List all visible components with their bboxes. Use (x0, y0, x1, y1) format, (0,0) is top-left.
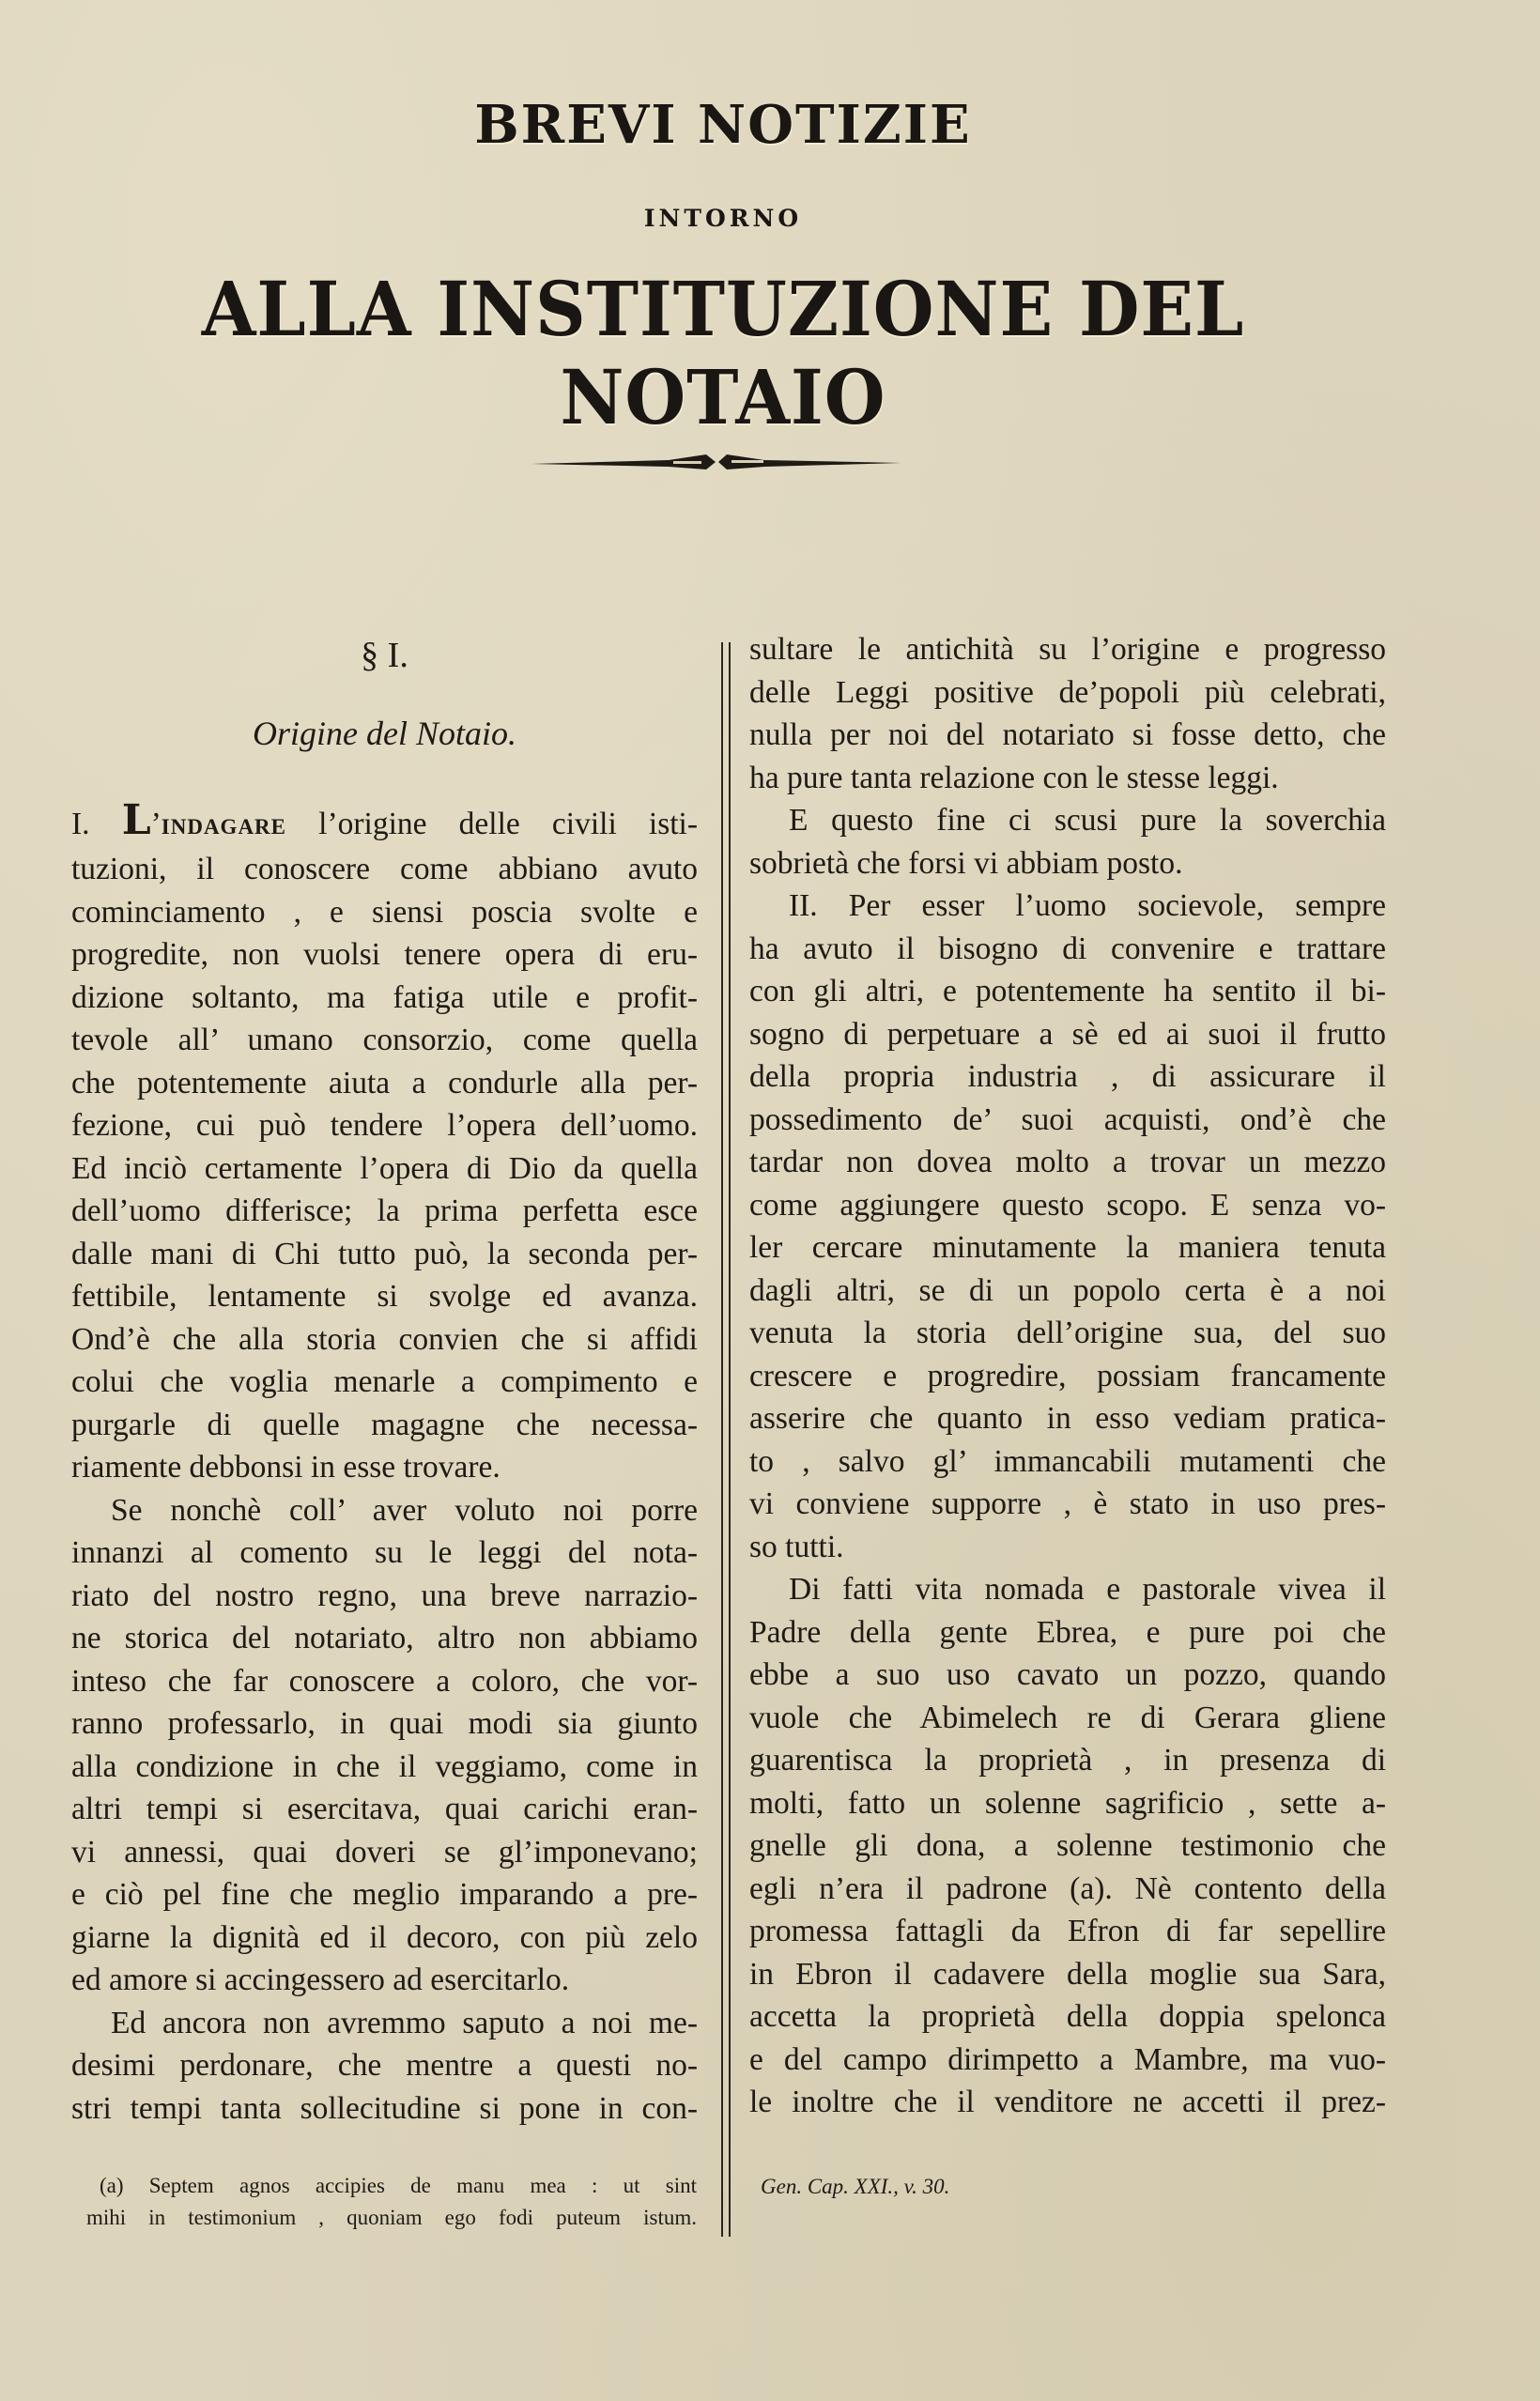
text-line: dell’uomo differisce; la prima perfetta … (71, 1190, 698, 1233)
left-column: I. L’indagare l’origine delle civili ist… (71, 799, 698, 2130)
text-line: riamente debbonsi in esse trovare. (71, 1446, 698, 1489)
text-line: purgarle di quelle magagne che necessa- (71, 1404, 698, 1447)
footnote-left: (a) Septem agnos accipies de manu mea : … (86, 2170, 697, 2234)
text-line: dagli altri, se di un popolo certa è a n… (749, 1270, 1386, 1313)
text-line: innanzi al comento su le leggi del nota- (71, 1531, 698, 1575)
text-line: so tutti. (749, 1526, 1386, 1569)
text-line: vuole che Abimelech re di Gerara gliene (749, 1697, 1386, 1740)
text-line: ha avuto il bisogno di convenire e tratt… (749, 928, 1386, 971)
text-line: sultare le antichità su l’origine e prog… (749, 628, 1386, 671)
page-title: ALLA INSTITUZIONE DEL NOTAIO (51, 265, 1395, 441)
text-line: vi annessi, quai doveri se gl’imponevano… (71, 1831, 698, 1874)
text-line: gnelle gli dona, a solenne testimonio ch… (749, 1824, 1386, 1868)
apostrophe: ’ (151, 807, 162, 841)
text-line: nulla per noi del notariato si fosse det… (749, 714, 1386, 757)
footnote-line: (a) Septem agnos accipies de manu mea : … (86, 2170, 697, 2202)
text-line: fettibile, lentamente si svolge ed avanz… (71, 1275, 698, 1318)
ornament-rule-icon (528, 449, 905, 475)
text-line: E questo fine ci scusi pure la soverchia (749, 799, 1386, 842)
text-line: e del campo dirimpetto a Mambre, ma vuo- (749, 2039, 1386, 2082)
section-title: Origine del Notaio. (71, 714, 698, 753)
footnote-citation: Gen. Cap. XXI., v. 30. (761, 2175, 949, 2198)
title-top: BREVI NOTIZIE (0, 94, 1446, 156)
text-line: alla condizione in che il veggiamo, come… (71, 1746, 698, 1789)
text-line: cominciamento , e siensi poscia svolte e (71, 891, 698, 934)
column-divider-rule (721, 642, 731, 2237)
text-line: promessa fattagli da Efron di far sepell… (749, 1910, 1386, 1953)
text-line: venuta la storia dell’origine sua, del s… (749, 1312, 1386, 1355)
footnote-line: mihi in testimonium , quoniam ego fodi p… (86, 2202, 697, 2234)
title-connector: INTORNO (0, 205, 1446, 232)
text-line: ranno professarlo, in quai modi sia giun… (71, 1702, 698, 1746)
text-line: molti, fatto un solenne sagrificio , set… (749, 1782, 1386, 1825)
text-line: altri tempi si esercitava, quai carichi … (71, 1788, 698, 1831)
text-line: giarne la dignità ed il decoro, con più … (71, 1916, 698, 1960)
text-line: Ond’è che alla storia convien che si aff… (71, 1318, 698, 1362)
text-line: progredite, non vuolsi tenere opera di e… (71, 933, 698, 977)
text-line: guarentisca la proprietà , in presenza d… (749, 1739, 1386, 1782)
text-line: Ed inciò certamente l’opera di Dio da qu… (71, 1147, 698, 1191)
right-column: sultare le antichità su l’origine e prog… (749, 628, 1386, 2124)
text-line: colui che voglia menarle a compimento e (71, 1361, 698, 1404)
text-line: possedimento de’ suoi acquisti, ond’è ch… (749, 1099, 1386, 1142)
text-line: ebbe a suo uso cavato un pozzo, quando (749, 1654, 1386, 1697)
text-line: sobrietà che forsi vi abbiam posto. (749, 842, 1386, 885)
text-line: e ciò pel fine che meglio imparando a pr… (71, 1873, 698, 1916)
text-line: desimi perdonare, che mentre a questi no… (71, 2044, 698, 2087)
text-line: che potentemente aiuta a condurle alla p… (71, 1062, 698, 1105)
text-line: ne storica del notariato, altro non abbi… (71, 1617, 698, 1660)
text-line: Padre della gente Ebrea, e pure poi che (749, 1611, 1386, 1655)
text-line: Se nonchè coll’ aver voluto noi porre (71, 1489, 698, 1532)
text-line: crescere e progredire, possiam francamen… (749, 1355, 1386, 1398)
text-line: Di fatti vita nomada e pastorale vivea i… (749, 1568, 1386, 1611)
section-number: § I. (71, 635, 698, 676)
book-page: BREVI NOTIZIE INTORNO ALLA INSTITUZIONE … (0, 0, 1540, 2401)
text-line: le inoltre che il venditore ne accetti i… (749, 2081, 1386, 2124)
text-line: ha pure tanta relazione con le stesse le… (749, 757, 1386, 800)
text-line: asserire che quanto in esso vediam prati… (749, 1397, 1386, 1440)
text-line: sogno di perpetuare a sè ed ai suoi il f… (749, 1013, 1386, 1056)
text-line: tardar non dovea molto a trovar un mezzo (749, 1141, 1386, 1184)
text-line: II. Per esser l’uomo socievole, sempre (749, 885, 1386, 928)
text-line: inteso che far conoscere a coloro, che v… (71, 1660, 698, 1703)
text-line: dalle mani di Chi tutto può, la seconda … (71, 1233, 698, 1276)
text-line: to , salvo gl’ immancabili mutamenti che (749, 1440, 1386, 1484)
text-line: riato del nostro regno, una breve narraz… (71, 1575, 698, 1618)
footnote-right: Gen. Cap. XXI., v. 30. (761, 2171, 1230, 2203)
text-line: accetta la proprietà della doppia spelon… (749, 1995, 1386, 2039)
text-line: egli n’era il padrone (a). Nè contento d… (749, 1868, 1386, 1911)
text-line: fezione, cui può tendere l’opera dell’uo… (71, 1104, 698, 1147)
text-line: delle Leggi positive de’popoli più celeb… (749, 671, 1386, 715)
text-line: stri tempi tanta sollecitudine si pone i… (71, 2087, 698, 2131)
text-line: della propria industria , di assicurare … (749, 1055, 1386, 1099)
first-line: I. L’indagare l’origine delle civili ist… (71, 799, 698, 848)
text-line: con gli altri, e potentemente ha sentito… (749, 970, 1386, 1013)
drop-cap: L (122, 796, 151, 844)
text-line: vi conviene supporre , è stato in uso pr… (749, 1483, 1386, 1526)
paragraph-numeral: I. (71, 807, 90, 841)
text-line: ed amore si accingessero ad esercitarlo. (71, 1959, 698, 2002)
first-line-rest: l’origine delle civili isti- (286, 807, 698, 841)
smallcaps-word: indagare (162, 807, 286, 841)
text-line: dizione soltanto, ma fatiga utile e prof… (71, 977, 698, 1020)
text-line: ler cercare minutamente la maniera tenut… (749, 1226, 1386, 1270)
text-line: come aggiungere questo scopo. E senza vo… (749, 1184, 1386, 1227)
text-line: in Ebron il cadavere della moglie sua Sa… (749, 1953, 1386, 1996)
text-line: Ed ancora non avremmo saputo a noi me- (71, 2002, 698, 2045)
text-line: tuzioni, il conoscere come abbiano avuto (71, 848, 698, 891)
text-line: tevole all’ umano consorzio, come quella (71, 1019, 698, 1062)
